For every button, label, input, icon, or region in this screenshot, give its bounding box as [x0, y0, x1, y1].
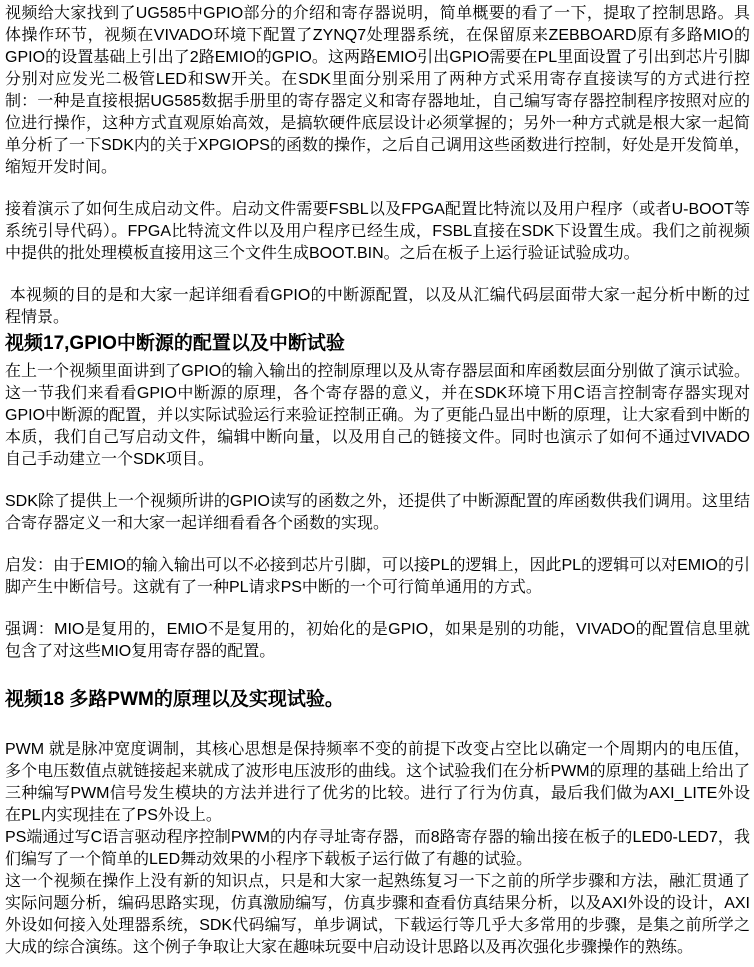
paragraph-mio-emphasis: 强调：MIO是复用的，EMIO不是复用的，初始化的是GPIO，如果是别的功能，V… [5, 619, 750, 663]
paragraph-video17-overview: 在上一个视频里面讲到了GPIO的输入输出的控制原理以及从寄存器层面和库函数层面分… [5, 361, 750, 471]
paragraph-ps-driver-led: PS端通过写C语言驱动程序控制PWM的内存寻址寄存器，而8路寄存器的输出接在板子… [5, 827, 750, 871]
heading-video17-gpio-interrupt: 视频17,GPIO中断源的配置以及中断试验 [5, 331, 750, 357]
paragraph-emio-insight: 启发：由于EMIO的输入输出可以不必接到芯片引脚，可以接PL的逻辑上，因此PL的… [5, 555, 750, 599]
paragraph-video-purpose: 本视频的目的是和大家一起详细看看GPIO的中断源配置，以及从汇编代码层面带大家一… [5, 285, 750, 329]
paragraph-pwm-principle: PWM 就是脉冲宽度调制，其核心思想是保持频率不变的前提下改变占空比以确定一个周… [5, 739, 750, 827]
paragraph-video18-review: 这一个视频在操作上没有新的知识点，只是和大家一起熟练复习一下之前的所学步骤和方法… [5, 871, 750, 959]
paragraph-sdk-library-functions: SDK除了提供上一个视频所讲的GPIO读写的函数之外，还提供了中断源配置的库函数… [5, 491, 750, 535]
paragraph-intro-gpio-registers: 视频给大家找到了UG585中GPIO部分的介绍和寄存器说明，简单概要的看了一下，… [5, 3, 750, 179]
heading-video18-pwm: 视频18 多路PWM的原理以及实现试验。 [5, 687, 750, 713]
document-page: 视频给大家找到了UG585中GPIO部分的介绍和寄存器说明，简单概要的看了一下，… [0, 0, 754, 967]
paragraph-boot-file-generation: 接着演示了如何生成启动文件。启动文件需要FSBL以及FPGA配置比特流以及用户程… [5, 199, 750, 265]
